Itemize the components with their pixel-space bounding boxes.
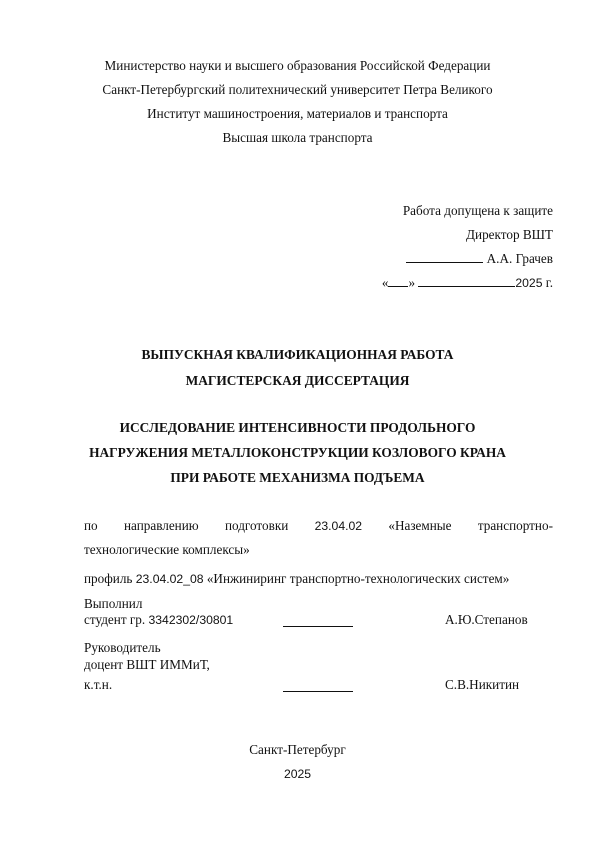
quote-close: »: [408, 275, 415, 290]
approval-year: 2025: [515, 276, 542, 290]
thesis-title-line1: ИССЛЕДОВАНИЕ ИНТЕНСИВНОСТИ ПРОДОЛЬНОГО: [0, 420, 595, 436]
work-type-line2: МАГИСТЕРСКАЯ ДИССЕРТАЦИЯ: [0, 373, 595, 389]
direction-line2: технологические комплексы»: [84, 542, 250, 558]
year-suffix: г.: [542, 275, 553, 290]
university-line: Санкт-Петербургский политехнический унив…: [0, 82, 595, 98]
day-blank: [388, 275, 408, 287]
work-type-line1: ВЫПУСКНАЯ КВАЛИФИКАЦИОННАЯ РАБОТА: [0, 347, 595, 363]
approval-position: Директор ВШТ: [466, 227, 553, 243]
direction-line1: по направлению подготовки 23.04.02 «Назе…: [84, 518, 553, 534]
approval-signature: А.А. Грачев: [406, 251, 553, 267]
group-number: 3342302/30801: [148, 613, 233, 627]
student-name: А.Ю.Степанов: [445, 612, 528, 628]
footer-year: 2025: [0, 766, 595, 782]
student-group: студент гр. 3342302/30801: [84, 612, 233, 628]
supervisor-position: доцент ВШТ ИММиТ,: [84, 657, 210, 673]
approval-name: А.А. Грачев: [487, 251, 553, 266]
profile-code: 23.04.02_08: [136, 572, 204, 586]
signature-blank: [406, 251, 483, 263]
institute-line: Институт машиностроения, материалов и тр…: [0, 106, 595, 122]
direction-word: подготовки: [225, 518, 288, 534]
group-prefix: студент гр.: [84, 612, 148, 627]
supervisor-name: С.В.Никитин: [445, 677, 519, 693]
school-line: Высшая школа транспорта: [0, 130, 595, 146]
profile-line: профиль 23.04.02_08 «Инжиниринг транспор…: [84, 571, 509, 587]
profile-name: «Инжиниринг транспортно-технологических …: [204, 571, 510, 586]
direction-name-part: транспортно-: [478, 518, 553, 534]
direction-name-part: «Наземные: [388, 518, 451, 534]
quote-open: «: [382, 275, 389, 290]
approval-admitted: Работа допущена к защите: [403, 203, 553, 219]
direction-code: 23.04.02: [315, 518, 362, 534]
ministry-line: Министерство науки и высшего образования…: [0, 58, 595, 74]
student-signature-line: [283, 626, 353, 627]
supervisor-signature-line: [283, 691, 353, 692]
thesis-title-line2: НАГРУЖЕНИЯ МЕТАЛЛОКОНСТРУКЦИИ КОЗЛОВОГО …: [0, 445, 595, 461]
footer-city: Санкт-Петербург: [0, 742, 595, 758]
direction-word: направлению: [124, 518, 199, 534]
supervisor-degree: к.т.н.: [84, 677, 112, 693]
profile-prefix: профиль: [84, 571, 136, 586]
student-label: Выполнил: [84, 596, 142, 612]
direction-word: по: [84, 518, 98, 534]
supervisor-label: Руководитель: [84, 640, 161, 656]
approval-date: «» 2025 г.: [382, 275, 553, 291]
thesis-title-line3: ПРИ РАБОТЕ МЕХАНИЗМА ПОДЪЕМА: [0, 470, 595, 486]
month-blank: [418, 275, 515, 287]
